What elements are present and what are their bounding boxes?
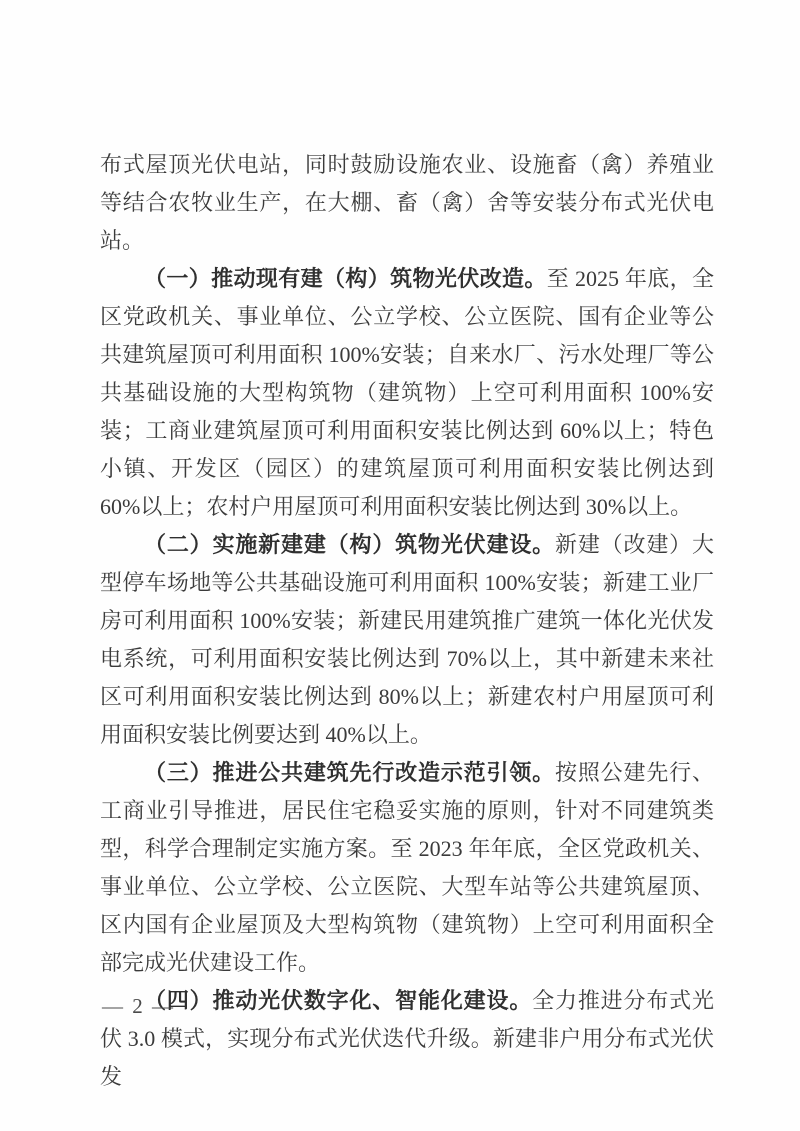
section-heading: （二）实施新建建（构）筑物光伏建设。 bbox=[144, 532, 555, 557]
document-page: 布式屋顶光伏电站，同时鼓励设施农业、设施畜（禽）养殖业等结合农牧业生产，在大棚、… bbox=[0, 0, 800, 1131]
paragraph-text: 按照公建先行、工商业引导推进，居民住宅稳妥实施的原则，针对不同建筑类型，科学合理… bbox=[100, 760, 714, 975]
paragraph-text: 至 2025 年底，全区党政机关、事业单位、公立学校、公立医院、国有企业等公共建… bbox=[100, 266, 714, 519]
paragraph: （四）推动光伏数字化、智能化建设。全力推进分布式光伏 3.0 模式，实现分布式光… bbox=[100, 982, 714, 1096]
paragraph: 布式屋顶光伏电站，同时鼓励设施农业、设施畜（禽）养殖业等结合农牧业生产，在大棚、… bbox=[100, 146, 714, 260]
section-heading: （一）推动现有建（构）筑物光伏改造。 bbox=[144, 266, 547, 291]
section-heading: （四）推动光伏数字化、智能化建设。 bbox=[144, 988, 532, 1013]
paragraph: （二）实施新建建（构）筑物光伏建设。新建（改建）大型停车场地等公共基础设施可利用… bbox=[100, 526, 714, 754]
paragraph: （三）推进公共建筑先行改造示范引领。按照公建先行、工商业引导推进，居民住宅稳妥实… bbox=[100, 754, 714, 982]
paragraph-text: 布式屋顶光伏电站，同时鼓励设施农业、设施畜（禽）养殖业等结合农牧业生产，在大棚、… bbox=[100, 152, 714, 253]
paragraph-text: 新建（改建）大型停车场地等公共基础设施可利用面积 100%安装；新建工业厂房可利… bbox=[100, 532, 714, 747]
document-body: 布式屋顶光伏电站，同时鼓励设施农业、设施畜（禽）养殖业等结合农牧业生产，在大棚、… bbox=[100, 146, 714, 1096]
section-heading: （三）推进公共建筑先行改造示范引领。 bbox=[144, 760, 555, 785]
page-number: — 2 — bbox=[102, 994, 175, 1019]
paragraph: （一）推动现有建（构）筑物光伏改造。至 2025 年底，全区党政机关、事业单位、… bbox=[100, 260, 714, 526]
